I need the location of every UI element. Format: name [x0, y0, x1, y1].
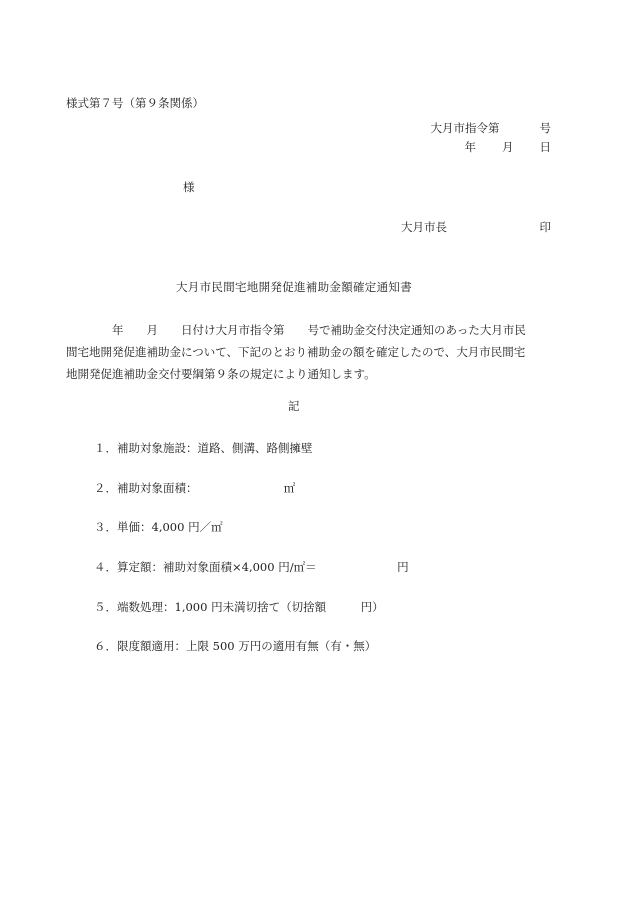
item-text: 補助対象施設：道路、側溝、路側擁壁 [117, 441, 313, 455]
document-title: 大月市民間宅地開発促進補助金額確定通知書 [176, 282, 412, 294]
item-text: 限度額適用：上限 500 万円の適用有無（有・無） [117, 639, 376, 653]
list-item: ４．算定額：補助対象面積×4,000 円/㎡＝ 円 [94, 562, 409, 574]
date-month: 月 [502, 140, 514, 154]
item-text: 単価：4,000 円／㎡ [117, 520, 223, 534]
issue-date: 年月日 [465, 142, 552, 154]
item-text: 算定額：補助対象面積×4,000 円/㎡＝ 円 [117, 560, 409, 574]
list-item: １．補助対象施設：道路、側溝、路側擁壁 [94, 443, 313, 455]
item-number: ５． [94, 600, 117, 614]
item-number: ６． [94, 639, 117, 653]
item-number: ２． [94, 481, 117, 495]
ki-heading: 記 [288, 401, 300, 413]
item-number: ３． [94, 520, 117, 534]
reference-suffix: 号 [540, 123, 552, 135]
issuer-name: 大月市長 [401, 220, 447, 234]
form-number: 様式第７号（第９条関係） [66, 98, 204, 110]
list-item: ２．補助対象面積： ㎡ [94, 483, 295, 495]
list-item: ６．限度額適用：上限 500 万円の適用有無（有・無） [94, 641, 376, 653]
item-text: 端数処理：1,000 円未満切捨て（切捨額 円） [117, 600, 384, 614]
seal-mark: 印 [540, 222, 552, 234]
item-number: １． [94, 441, 117, 455]
list-item: ３．単価：4,000 円／㎡ [94, 522, 223, 534]
body-line-1: 年 月 日付け大月市指令第 号で補助金交付決定通知のあった大月市民 [66, 319, 552, 341]
body-line-3: 地開発促進補助金交付要綱第９条の規定により通知します。 [66, 363, 552, 385]
date-day: 日 [540, 140, 552, 154]
reference-prefix: 大月市指令第 [431, 123, 500, 135]
body-paragraph: 年 月 日付け大月市指令第 号で補助金交付決定通知のあった大月市民 間宅地開発促… [66, 319, 552, 385]
body-line-2: 間宅地開発促進補助金について、下記のとおり補助金の額を確定したので、大月市民間宅 [66, 341, 552, 363]
reference-number: 大月市指令第号 [431, 123, 552, 135]
item-text: 補助対象面積： ㎡ [117, 481, 295, 495]
date-year: 年 [465, 140, 477, 154]
list-item: ５．端数処理：1,000 円未満切捨て（切捨額 円） [94, 602, 384, 614]
issuer: 大月市長 印 [401, 222, 551, 234]
addressee: 様 [183, 182, 195, 194]
item-number: ４． [94, 560, 117, 574]
